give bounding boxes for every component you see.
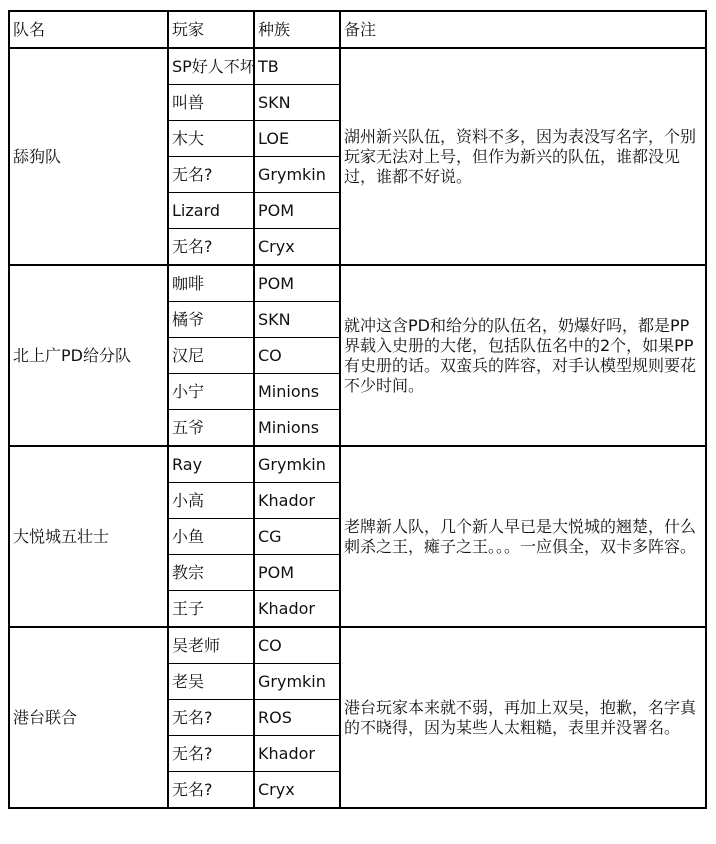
- player-cell: 叫兽: [168, 85, 254, 121]
- race-cell: Grymkin: [254, 157, 340, 193]
- race-cell: CO: [254, 338, 340, 374]
- race-cell: SKN: [254, 302, 340, 338]
- player-cell: 小高: [168, 483, 254, 519]
- player-cell: 无名?: [168, 736, 254, 772]
- race-cell: CG: [254, 519, 340, 555]
- race-cell: LOE: [254, 121, 340, 157]
- race-cell: Minions: [254, 374, 340, 410]
- player-cell: 无名?: [168, 772, 254, 809]
- note-cell: 老牌新人队，几个新人早已是大悦城的翘楚，什么刺杀之王，瘫子之王。。。一应俱全，双…: [340, 446, 706, 627]
- player-cell: 无名?: [168, 229, 254, 266]
- race-cell: Minions: [254, 410, 340, 447]
- race-cell: Khador: [254, 591, 340, 628]
- header-team: 队名: [9, 11, 168, 48]
- race-cell: TB: [254, 48, 340, 85]
- player-cell: 汉尼: [168, 338, 254, 374]
- race-cell: Khador: [254, 736, 340, 772]
- player-cell: Ray: [168, 446, 254, 483]
- player-cell: 小鱼: [168, 519, 254, 555]
- table-row: 北上广PD给分队咖啡POM就冲这含PD和给分的队伍名，奶爆好吗，都是PP界载入史…: [9, 265, 706, 302]
- note-cell: 湖州新兴队伍，资料不多，因为表没写名字，个别玩家无法对上号，但作为新兴的队伍，谁…: [340, 48, 706, 265]
- team-name-cell: 大悦城五壮士: [9, 446, 168, 627]
- header-row: 队名 玩家 种族 备注: [9, 11, 706, 48]
- header-race: 种族: [254, 11, 340, 48]
- team-name-cell: 舔狗队: [9, 48, 168, 265]
- teams-table: 队名 玩家 种族 备注 舔狗队SP好人不坏TB湖州新兴队伍，资料不多，因为表没写…: [8, 10, 707, 809]
- race-cell: POM: [254, 555, 340, 591]
- player-cell: 咖啡: [168, 265, 254, 302]
- player-cell: SP好人不坏: [168, 48, 254, 85]
- player-cell: 教宗: [168, 555, 254, 591]
- race-cell: Grymkin: [254, 446, 340, 483]
- race-cell: POM: [254, 265, 340, 302]
- race-cell: CO: [254, 627, 340, 664]
- team-name-cell: 港台联合: [9, 627, 168, 808]
- player-cell: 吴老师: [168, 627, 254, 664]
- player-cell: 无名?: [168, 700, 254, 736]
- table-row: 舔狗队SP好人不坏TB湖州新兴队伍，资料不多，因为表没写名字，个别玩家无法对上号…: [9, 48, 706, 85]
- table-row: 大悦城五壮士RayGrymkin老牌新人队，几个新人早已是大悦城的翘楚，什么刺杀…: [9, 446, 706, 483]
- player-cell: Lizard: [168, 193, 254, 229]
- player-cell: 木大: [168, 121, 254, 157]
- header-note: 备注: [340, 11, 706, 48]
- player-cell: 橘爷: [168, 302, 254, 338]
- table-row: 港台联合吴老师CO港台玩家本来就不弱，再加上双吴，抱歉，名字真的不晓得，因为某些…: [9, 627, 706, 664]
- player-cell: 无名?: [168, 157, 254, 193]
- race-cell: ROS: [254, 700, 340, 736]
- race-cell: Cryx: [254, 229, 340, 266]
- note-cell: 就冲这含PD和给分的队伍名，奶爆好吗，都是PP界载入史册的大佬，包括队伍名中的2…: [340, 265, 706, 446]
- player-cell: 五爷: [168, 410, 254, 447]
- race-cell: Cryx: [254, 772, 340, 809]
- player-cell: 老吴: [168, 664, 254, 700]
- race-cell: POM: [254, 193, 340, 229]
- header-player: 玩家: [168, 11, 254, 48]
- race-cell: Khador: [254, 483, 340, 519]
- player-cell: 小宁: [168, 374, 254, 410]
- player-cell: 王子: [168, 591, 254, 628]
- note-cell: 港台玩家本来就不弱，再加上双吴，抱歉，名字真的不晓得，因为某些人太粗糙，表里并没…: [340, 627, 706, 808]
- race-cell: SKN: [254, 85, 340, 121]
- race-cell: Grymkin: [254, 664, 340, 700]
- team-name-cell: 北上广PD给分队: [9, 265, 168, 446]
